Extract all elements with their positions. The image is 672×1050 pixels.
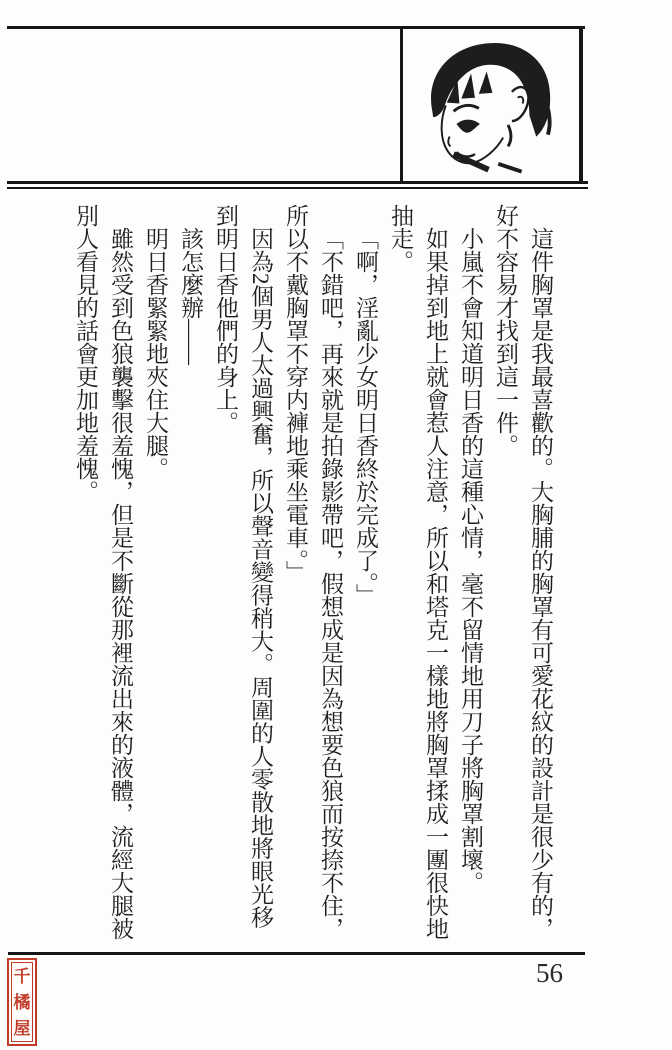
paragraph: 雖然受到色狼襲擊很羞愧，但是不斷從那裡流出來的液體，流經大腿被別人看見的話會更加…	[68, 204, 138, 944]
page-number: 56	[536, 958, 563, 989]
header-bottom-rule-inner	[7, 187, 588, 189]
story-text: 這件胸罩是我最喜歡的。大胸脯的胸罩有可愛花紋的設計是很少有的，好不容易才找到這一…	[53, 204, 558, 944]
paragraph: 明日香緊緊地夾住大腿。	[138, 204, 173, 944]
seal-character: 屋	[14, 1020, 31, 1037]
publisher-seal-inner: 千 橘 屋	[11, 962, 33, 1042]
paragraph: 如果掉到地上就會惹人注意，所以和塔克一樣地將胸罩揉成一團很快地抽走。	[383, 204, 453, 944]
portrait-illustration	[403, 29, 579, 181]
paragraph: 「啊，淫亂少女明日香終於完成了。」	[348, 204, 383, 944]
paragraph: 這件胸罩是我最喜歡的。大胸脯的胸罩有可愛花紋的設計是很少有的，好不容易才找到這一…	[488, 204, 558, 944]
header-bottom-rule-outer	[7, 181, 588, 184]
paragraph: 「不錯吧，再來就是拍錄影帶吧，假想成是因為想要色狼而按捺不住，所以不戴胸罩不穿内…	[278, 204, 348, 944]
paragraph: 因為2個男人太過興奮，所以聲音變得稍大。周圍的人零散地將眼光移到明日香他們的身上…	[208, 204, 278, 944]
seal-character: 千	[14, 968, 31, 985]
paragraph: 小嵐不會知道明日香的這種心情，毫不留情地用刀子將胸罩割壞。	[453, 204, 488, 944]
footer-rule	[8, 952, 585, 955]
paragraph: 該怎麼辦——	[173, 204, 208, 944]
book-page: 這件胸罩是我最喜歡的。大胸脯的胸罩有可愛花紋的設計是很少有的，好不容易才找到這一…	[0, 0, 672, 1050]
seal-character: 橘	[14, 994, 31, 1011]
publisher-seal: 千 橘 屋	[7, 958, 37, 1046]
portrait-frame	[400, 29, 583, 181]
